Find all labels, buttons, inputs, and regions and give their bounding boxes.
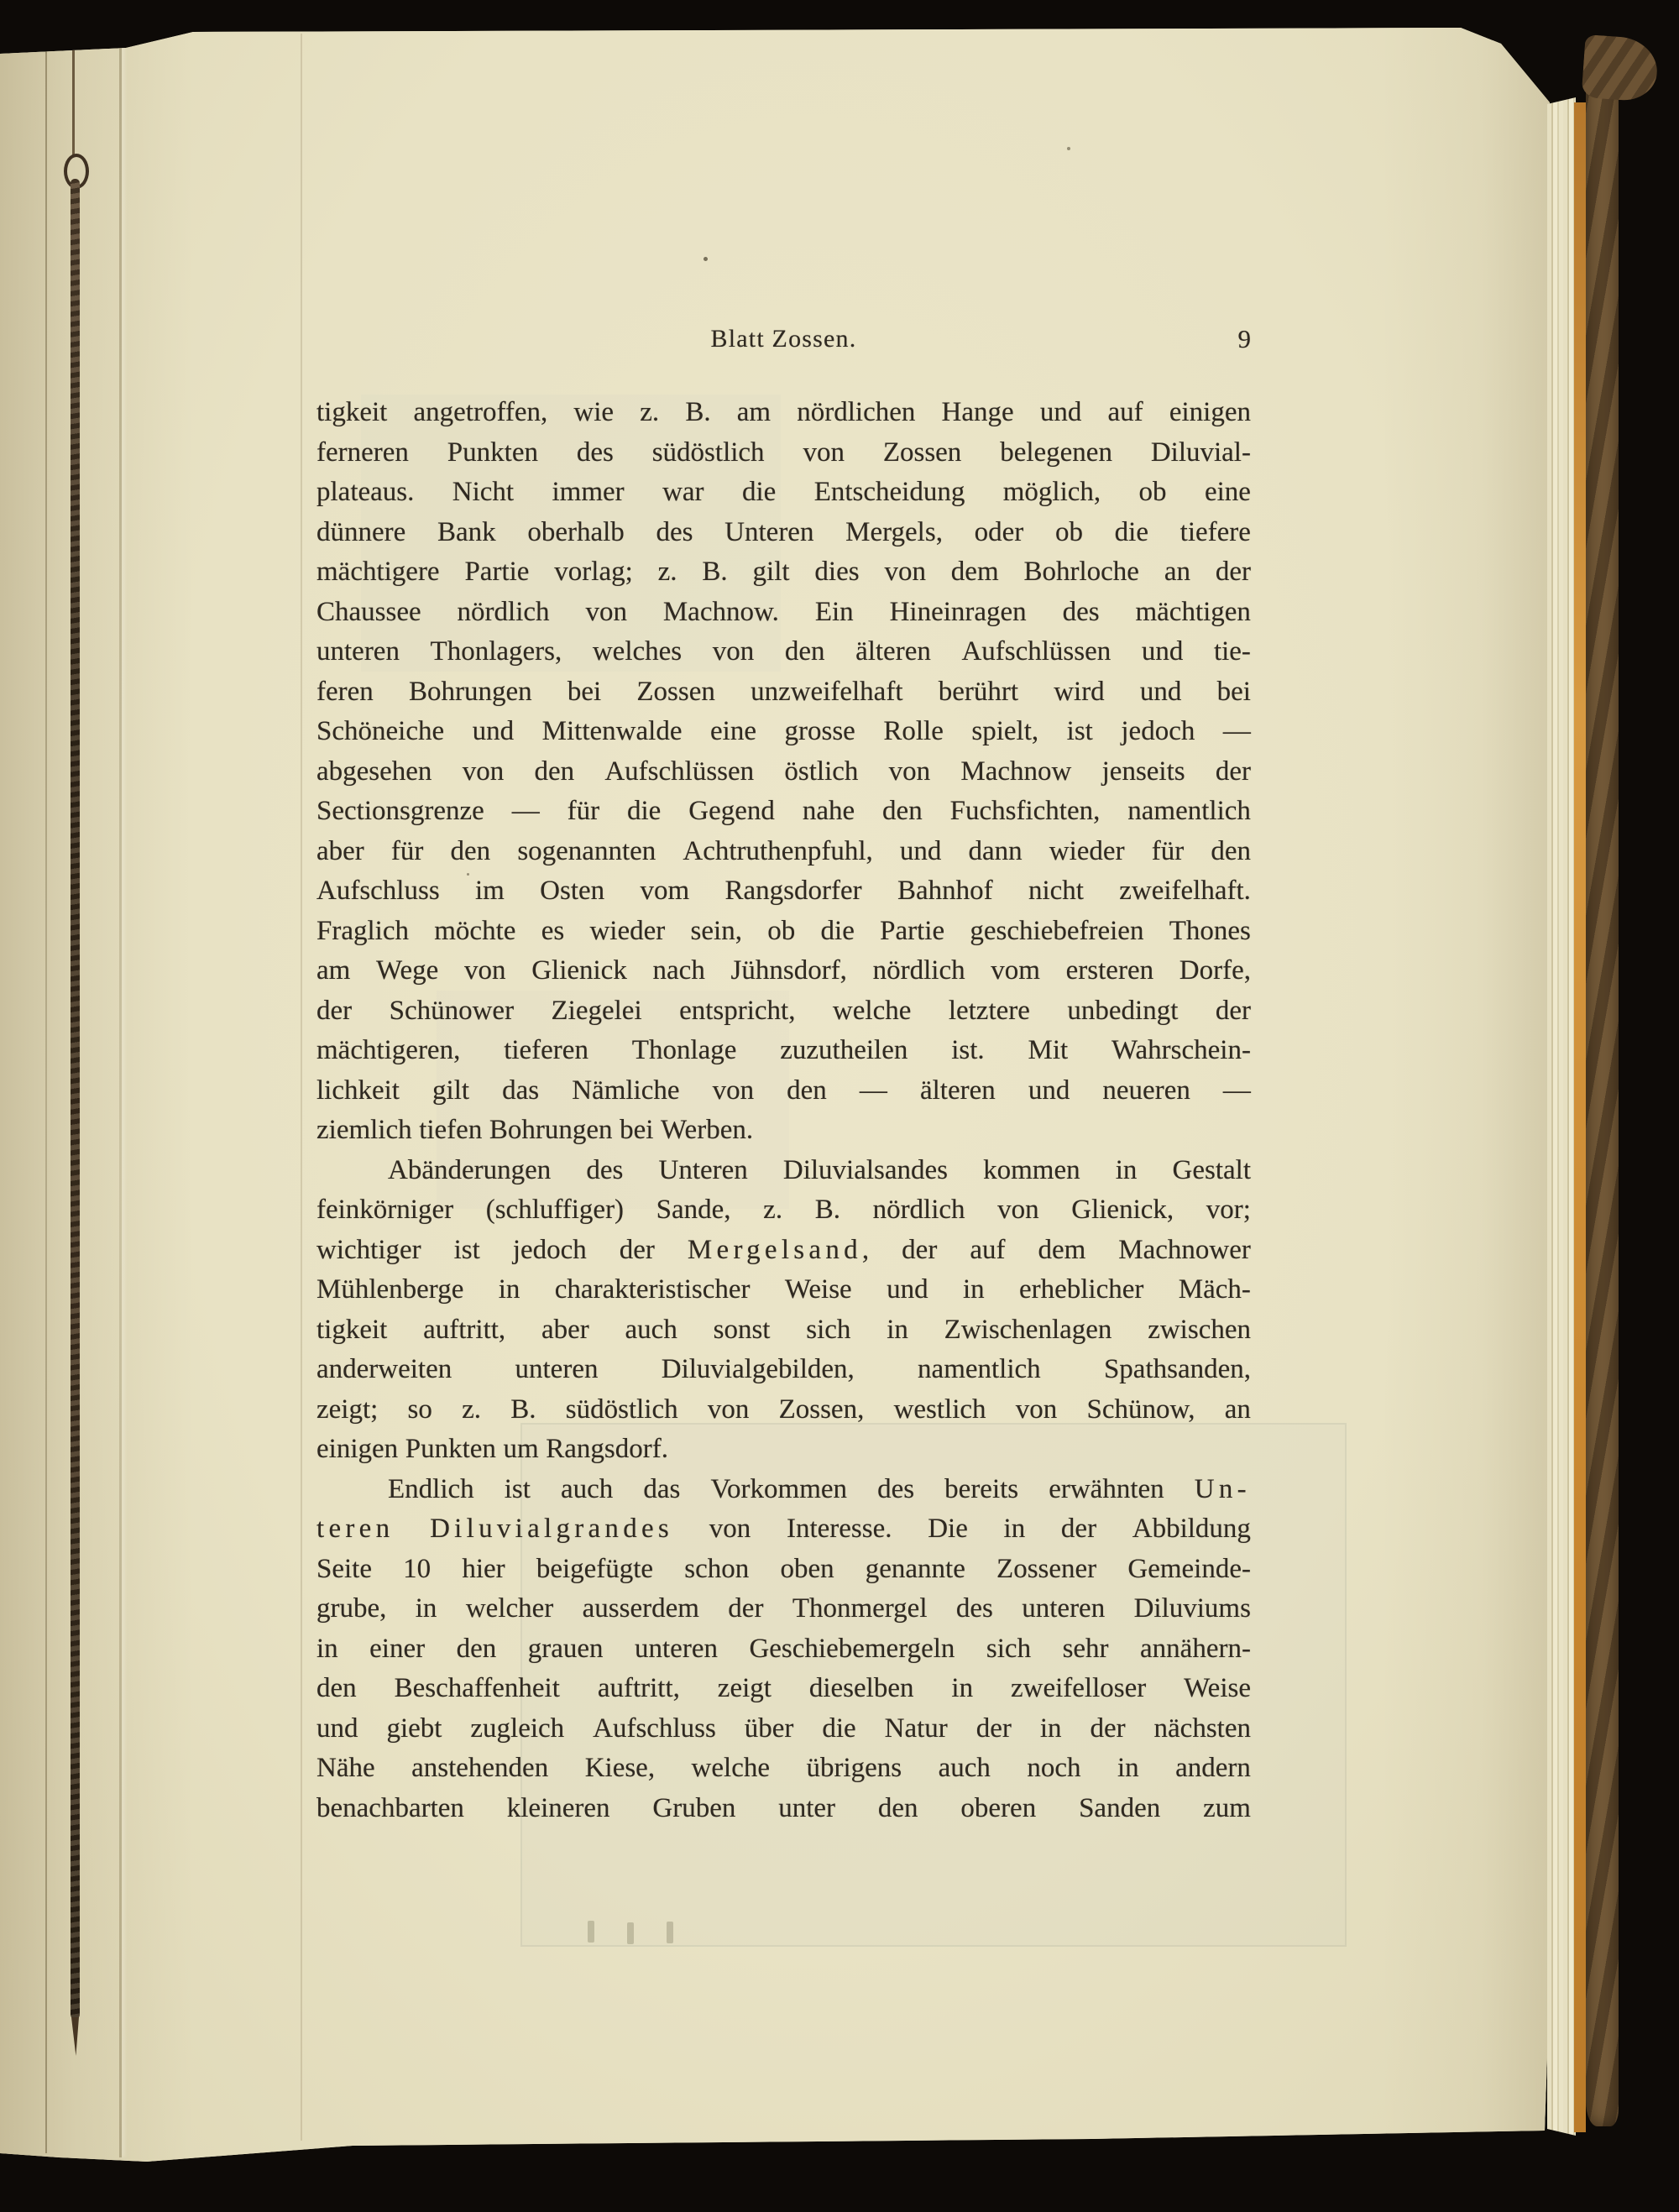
text-line: tigkeitauftritt,aberauchsonstsichinZwisc…	[316, 1310, 1251, 1351]
paper-crease	[301, 34, 302, 2141]
text-line: ChausseenördlichvonMachnow.EinHineinrage…	[316, 593, 1251, 633]
text-line: MühlenbergeincharakteristischerWeiseundi…	[316, 1270, 1251, 1310]
text-line: mächtigeren,tieferenThonlagezuzutheileni…	[316, 1031, 1251, 1071]
showthrough-mark	[627, 1922, 634, 1944]
text-line: plateaus.NichtimmerwardieEntscheidungmög…	[316, 473, 1251, 513]
page-number: 9	[1238, 322, 1252, 357]
text-line: ineinerdengrauenunterenGeschiebemergelns…	[316, 1629, 1251, 1670]
text-block: tigkeitangetroffen,wiez.B.amnördlichenHa…	[316, 393, 1251, 1828]
text-line: wichtigeristjedochderMergelsand,deraufde…	[316, 1231, 1251, 1271]
text-line: Sectionsgrenze—fürdieGegendnahedenFuchsf…	[316, 792, 1251, 832]
text-line: grube,inwelcherausserdemderThonmergeldes…	[316, 1589, 1251, 1629]
text-line: unterenThonlagers,welchesvondenälterenAu…	[316, 632, 1251, 672]
dust-speck	[704, 257, 708, 261]
text-line: Seite10hierbeigefügteschonobengenannteZo…	[316, 1550, 1251, 1590]
text-line: amWegevonGlienicknachJühnsdorf,nördlichv…	[316, 951, 1251, 991]
binding-thread	[72, 49, 75, 156]
page-edges-stack	[1547, 97, 1576, 2136]
text-line: feinkörniger(schluffiger)Sande,z.B.nördl…	[316, 1190, 1251, 1231]
binding-thread-tip	[71, 2017, 79, 2056]
showthrough-mark	[588, 1921, 594, 1943]
gutter-crease	[119, 35, 122, 2157]
text-line: AufschlussimOstenvomRangsdorferBahnhofni…	[316, 871, 1251, 912]
showthrough-mark	[667, 1922, 673, 1943]
text-line: benachbartenkleinerenGrubenunterdenobere…	[316, 1789, 1251, 1829]
binding-thread	[71, 179, 80, 2019]
text-line: denBeschaffenheitauftritt,zeigtdieselben…	[316, 1669, 1251, 1709]
book-page: Blatt Zossen. 9 tigkeitangetroffen,wiez.…	[0, 0, 1557, 2212]
dust-speck	[1067, 147, 1070, 150]
text-line: einigenPunktenumRangsdorf.	[316, 1430, 1251, 1470]
running-head: Blatt Zossen. 9	[316, 322, 1251, 357]
gutter-crease	[45, 50, 47, 2153]
text-line: Fraglichmöchteeswiedersein,obdiePartiege…	[316, 912, 1251, 952]
text-line: ferenBohrungenbeiZossenunzweifelhaftberü…	[316, 672, 1251, 713]
text-line: SchöneicheundMittenwaldeeinegrosseRolles…	[316, 712, 1251, 752]
text-line: NäheanstehendenKiese,welcheübrigensauchn…	[316, 1749, 1251, 1789]
book-cover-edge	[1586, 46, 1619, 2126]
text-line: zeigt;soz.B.südöstlichvonZossen,westlich…	[316, 1390, 1251, 1430]
text-line: dünnereBankoberhalbdesUnterenMergels,ode…	[316, 513, 1251, 553]
text-line: abgesehenvondenAufschlüssenöstlichvonMac…	[316, 752, 1251, 792]
text-line: derSchünowerZiegeleientspricht,welchelet…	[316, 991, 1251, 1032]
text-line: undgiebtzugleichAufschlussüberdieNaturde…	[316, 1709, 1251, 1749]
text-line: tigkeitangetroffen,wiez.B.amnördlichenHa…	[316, 393, 1251, 433]
book-cover-corner	[1581, 34, 1659, 102]
text-line: mächtigerePartievorlag;z.B.giltdiesvonde…	[316, 552, 1251, 593]
text-line: ziemlichtiefenBohrungenbeiWerben.	[316, 1111, 1251, 1151]
scanned-book-photo: { "colors":{ "background":"#0d0a07", "pa…	[0, 0, 1679, 2212]
text-line: fernerenPunktendessüdöstlichvonZossenbel…	[316, 433, 1251, 473]
text-line: lichkeitgiltdasNämlichevonden—älterenund…	[316, 1071, 1251, 1111]
page-edge-orange-strip	[1574, 102, 1586, 2132]
running-head-title: Blatt Zossen.	[711, 325, 857, 353]
text-line: aberfürdensogenanntenAchtruthenpfuhl,und…	[316, 832, 1251, 872]
text-line: terenDiluvialgrandesvonInteresse.Dieinde…	[316, 1509, 1251, 1550]
text-line: EndlichistauchdasVorkommendesbereitserwä…	[316, 1470, 1251, 1510]
text-line: AbänderungendesUnterenDiluvialsandeskomm…	[316, 1151, 1251, 1191]
text-line: anderweitenunterenDiluvialgebilden,namen…	[316, 1350, 1251, 1390]
